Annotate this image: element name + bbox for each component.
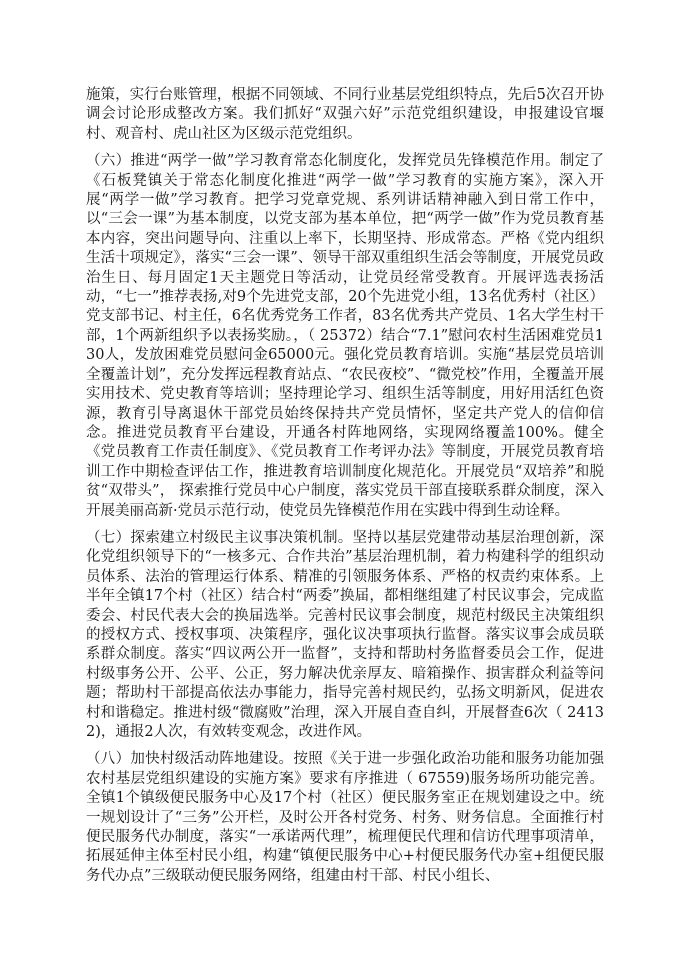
document-text-block: 施策，实行台账管理，根据不同领域、不同行业基层党组织特点，先后5次召开协调会讨论… (86, 86, 604, 894)
paragraph-section-7: （七）探索建立村级民主议事决策机制。坚持以基层党建带动基层治理创新，深化党组织领… (86, 529, 604, 742)
paragraph-section-8: （八）加快村级活动阵地建设。按照《关于进一步强化政治功能和服务功能加强农村基层党… (86, 750, 604, 886)
paragraph-section-6: （六）推进“两学一做”学习教育常态化制度化，发挥党员先锋模范作用。制定了《石板凳… (86, 152, 604, 521)
paragraph-continuation: 施策，实行台账管理，根据不同领域、不同行业基层党组织特点，先后5次召开协调会讨论… (86, 86, 604, 144)
document-page: 施策，实行台账管理，根据不同领域、不同行业基层党组织特点，先后5次召开协调会讨论… (0, 0, 690, 976)
